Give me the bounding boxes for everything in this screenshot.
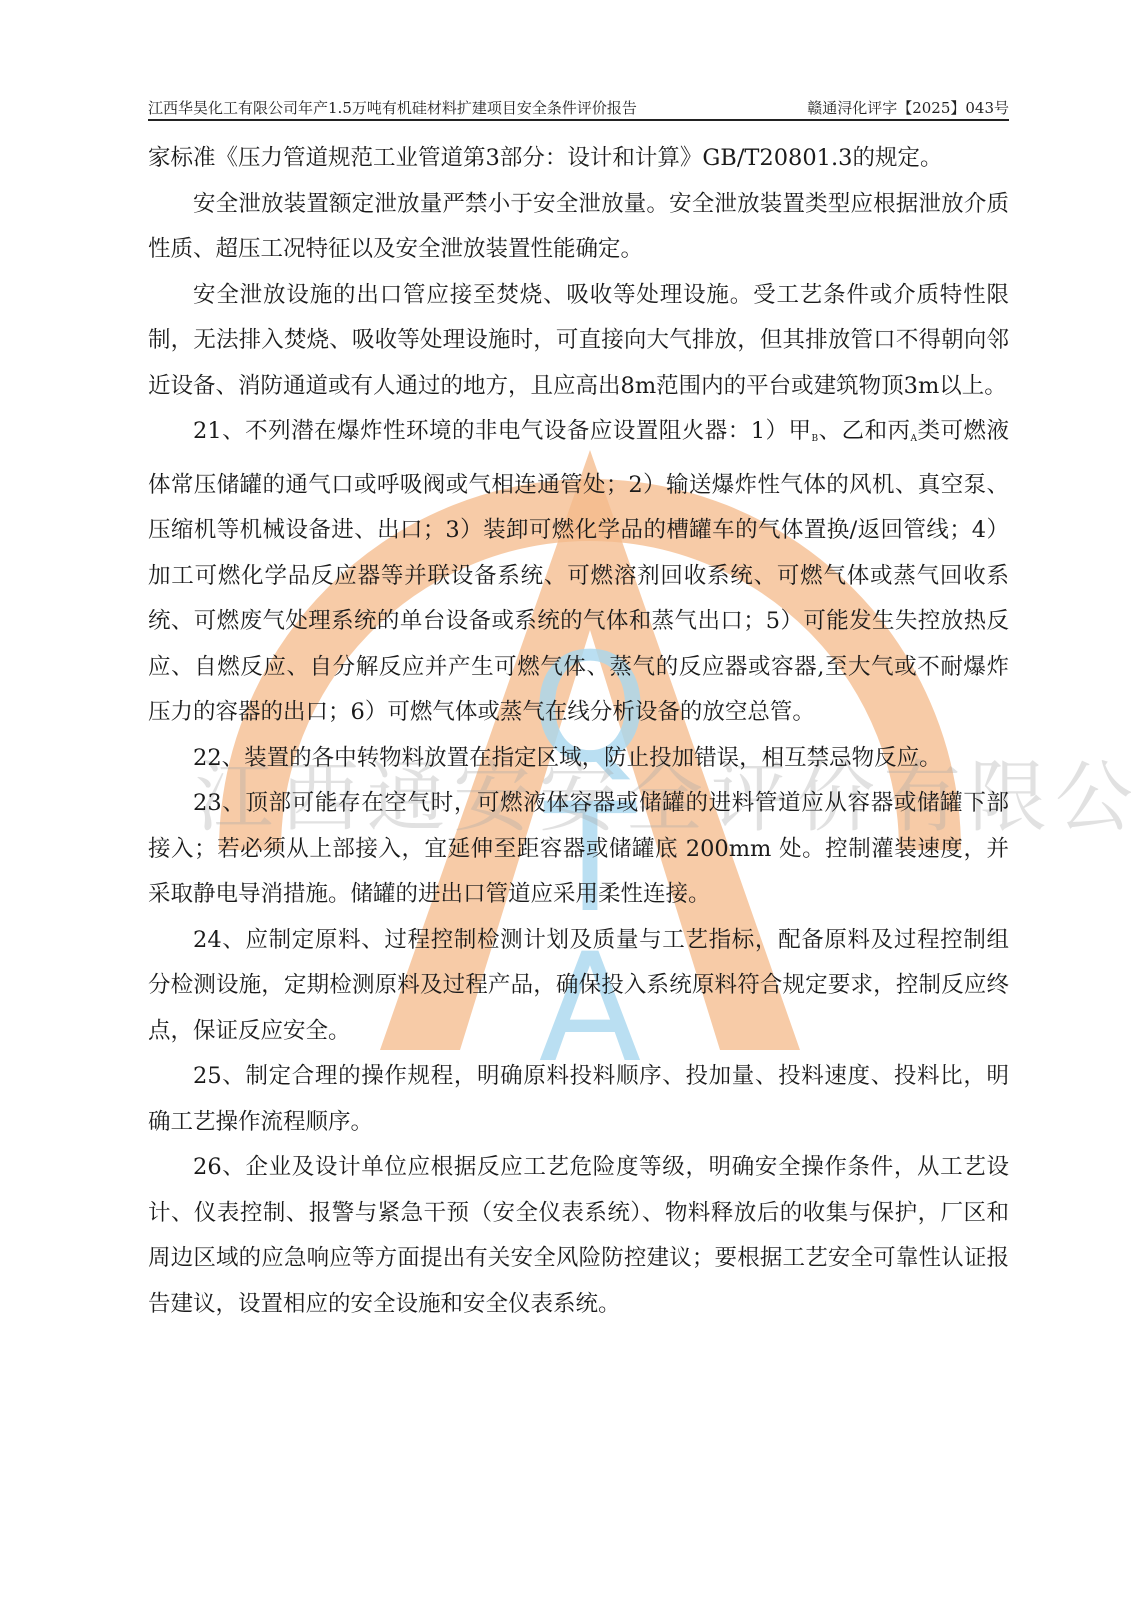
paragraph: 安全泄放装置额定泄放量严禁小于安全泄放量。安全泄放装置类型应根据泄放介质性质、超… <box>148 182 1009 273</box>
paragraph-item-21: 21、不列潜在爆炸性环境的非电气设备应设置阻火器：1）甲B、乙和丙A类可燃液体常… <box>148 409 1009 736</box>
paragraph-item-25: 25、制定合理的操作规程，明确原料投料顺序、投加量、投料速度、投料比，明确工艺操… <box>148 1054 1009 1145</box>
report-number: 赣通浔化评字【2025】043号 <box>807 97 1009 118</box>
document-body: 家标准《压力管道规范工业管道第3部分：设计和计算》GB/T20801.3的规定。… <box>148 136 1009 1327</box>
item-21-text-c: 类可燃液体常压储罐的通气口或呼吸阀或气相连通管处；2）输送爆炸性气体的风机、真空… <box>148 418 1009 725</box>
paragraph-item-23: 23、顶部可能存在空气时，可燃液体容器或储罐的进料管道应从容器或储罐下部接入；若… <box>148 781 1009 918</box>
report-title: 江西华昊化工有限公司年产1.5万吨有机硅材料扩建项目安全条件评价报告 <box>148 97 637 118</box>
paragraph: 家标准《压力管道规范工业管道第3部分：设计和计算》GB/T20801.3的规定。 <box>148 136 1009 182</box>
page-header: 江西华昊化工有限公司年产1.5万吨有机硅材料扩建项目安全条件评价报告 赣通浔化评… <box>148 92 1009 118</box>
item-21-text-b: 、乙和丙 <box>818 418 910 444</box>
paragraph: 安全泄放设施的出口管应接至焚烧、吸收等处理设施。受工艺条件或介质特性限制，无法排… <box>148 273 1009 410</box>
paragraph-item-24: 24、应制定原料、过程控制检测计划及质量与工艺指标，配备原料及过程控制组分检测设… <box>148 918 1009 1055</box>
paragraph-item-26: 26、企业及设计单位应根据反应工艺危险度等级，明确安全操作条件，从工艺设计、仪表… <box>148 1145 1009 1327</box>
paragraph-item-22: 22、装置的各中转物料放置在指定区域，防止投加错误，相互禁忌物反应。 <box>148 736 1009 782</box>
header-divider <box>148 119 1009 121</box>
item-21-text-a: 21、不列潜在爆炸性环境的非电气设备应设置阻火器：1）甲 <box>193 418 812 444</box>
